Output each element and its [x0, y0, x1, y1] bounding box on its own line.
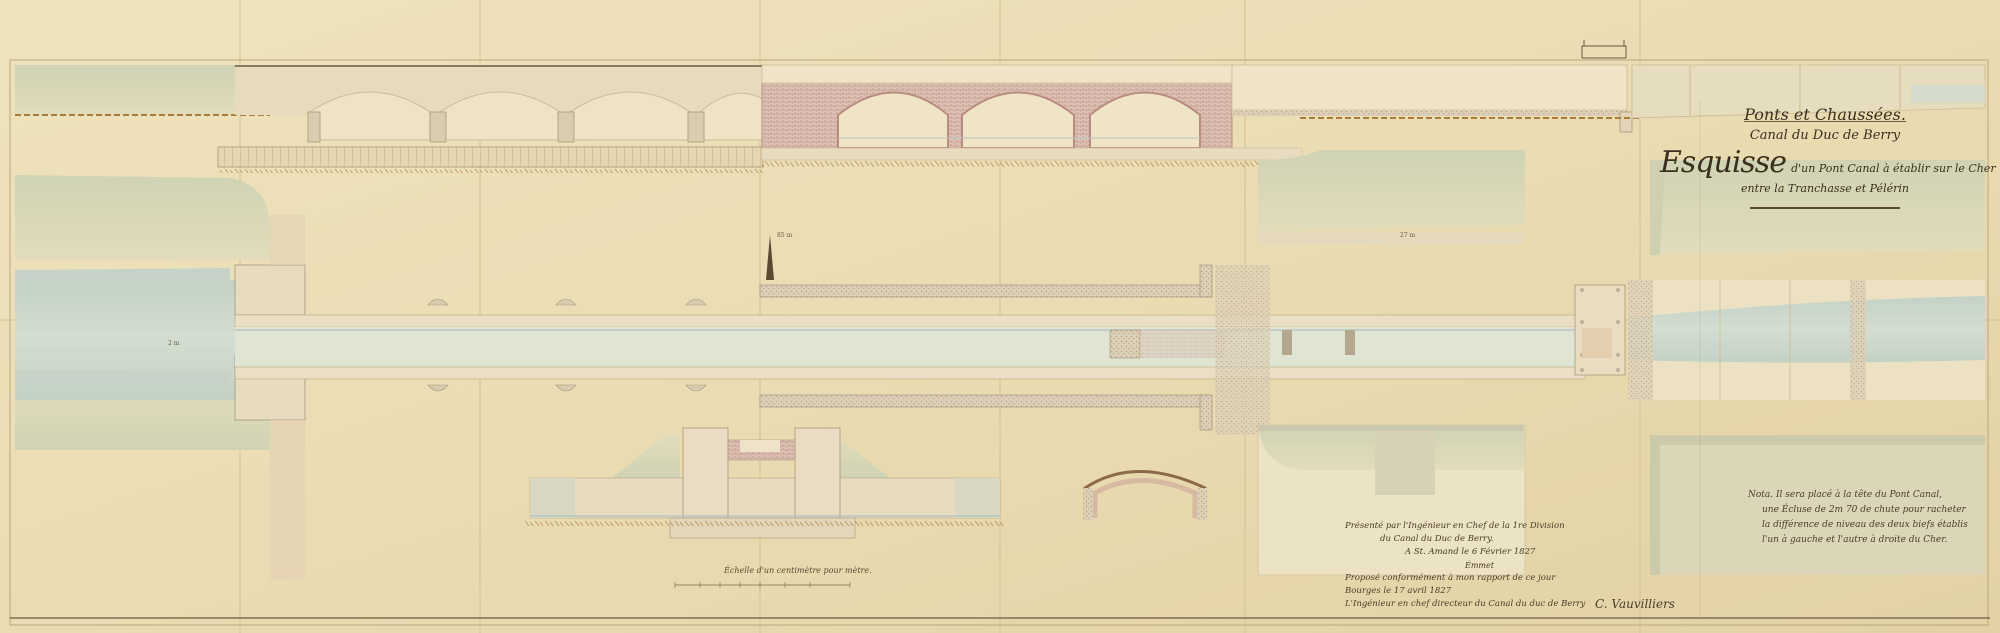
scale-label: Échelle d'un centimètre pour mètre. — [724, 566, 872, 575]
nota-block: Nota. Il sera placé à la tête du Pont Ca… — [1748, 488, 1978, 548]
nota-line: une Écluse de 2m 70 de chute pour rachet… — [1748, 503, 1978, 518]
drawing-subtitle: entre la Tranchasse et Pélérin — [1660, 182, 1990, 195]
title-cartouche: Ponts et Chaussées. Canal du Duc de Berr… — [1660, 105, 1990, 209]
organization-label: Ponts et Chaussées. — [1660, 105, 1990, 124]
nota-line: l'un à gauche et l'autre à droite du Che… — [1748, 533, 1978, 548]
approval-line: Présenté par l'Ingénieur en Chef de la 1… — [1345, 520, 1675, 533]
approval-line: Proposé conformément à mon rapport de ce… — [1345, 572, 1675, 585]
dimension-label: 2 m — [168, 340, 179, 347]
countersign: Émmet — [1345, 559, 1675, 572]
approval-block: Présenté par l'Ingénieur en Chef de la 1… — [1345, 520, 1675, 611]
drawing-title-main: Esquisse — [1660, 145, 1786, 180]
drawing-title-rest: d'un Pont Canal à établir sur le Cher — [1791, 162, 1996, 175]
nota-line: la différence de niveau des deux biefs é… — [1748, 518, 1978, 533]
drawing-sheet — [0, 0, 2000, 633]
drawing-canvas — [0, 0, 2000, 633]
signature: C. Vauvilliers — [1595, 598, 1675, 611]
title-rule — [1750, 207, 1900, 209]
dimension-label: 27 m — [1400, 232, 1415, 239]
drawing-title: Esquisse d'un Pont Canal à établir sur l… — [1660, 145, 1990, 180]
approval-line: du Canal du Duc de Berry. — [1345, 533, 1675, 546]
dimension-label: 85 m — [777, 232, 792, 239]
nota-line: Nota. Il sera placé à la tête du Pont Ca… — [1748, 488, 1978, 503]
approval-line: A St. Amand le 6 Février 1827 — [1345, 546, 1675, 559]
canal-name: Canal du Duc de Berry — [1660, 128, 1990, 143]
